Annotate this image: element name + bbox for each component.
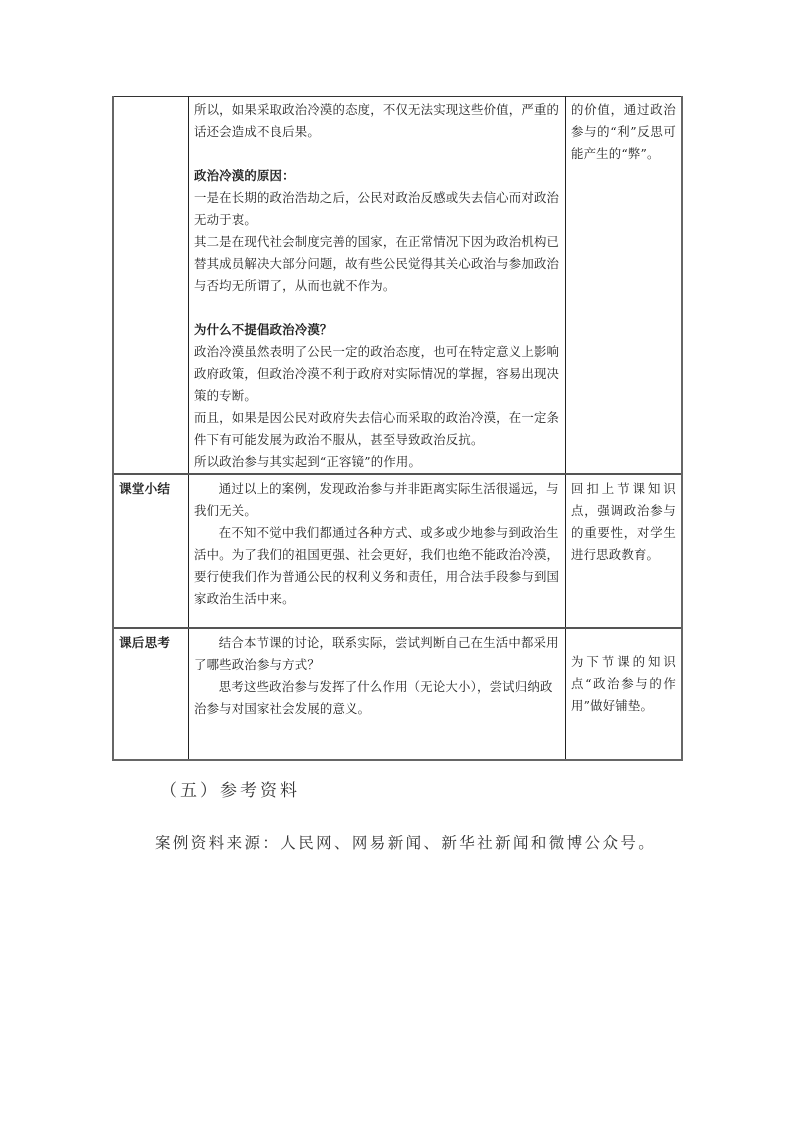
lesson-plan-table: 所以，如果采取政治冷漠的态度，不仅无法实现这些价值，严重的话还会造成不良后果。 … — [112, 96, 683, 761]
note-text: 为下节课的知识点“政治参与的作用”做好铺垫。 — [571, 651, 676, 717]
table-row-homework: 课后思考 结合本节课的讨论，联系实际，尝试判断自己在生活中都采用了哪些政治参与方… — [113, 628, 682, 760]
paragraph: 政治冷漠虽然表明了公民一定的政治态度，也可在特定意义上影响政府政策，但政治冷漠不… — [194, 341, 560, 407]
paragraph: 其二是在现代社会制度完善的国家，在正常情况下因为政治机构已替其成员解决大部分问题… — [194, 231, 560, 297]
row-label: 课后思考 — [113, 628, 189, 760]
note-text: 回扣上节课知识点，强调政治参与的重要性，对学生进行思政教育。 — [571, 478, 676, 566]
paragraph: 一是在长期的政治浩劫之后，公民对政治反感或失去信心而对政治无动于衷。 — [194, 187, 560, 231]
row-note: 为下节课的知识点“政治参与的作用”做好铺垫。 — [566, 628, 683, 760]
row-label: 课堂小结 — [113, 474, 189, 628]
spacer — [194, 297, 560, 319]
note-text: 的价值，通过政治参与的“利”反思可能产生的“弊”。 — [571, 99, 676, 165]
table-row-continuation: 所以，如果采取政治冷漠的态度，不仅无法实现这些价值，严重的话还会造成不良后果。 … — [113, 97, 682, 475]
sub-heading-why-not: 为什么不提倡政治冷漠？ — [194, 319, 560, 341]
spacer — [194, 143, 560, 165]
paragraph: 所以政治参与其实起到“正容镜”的作用。 — [194, 451, 560, 473]
source-text: 案例资料来源：人民网、网易新闻、新华社新闻和微博公众号。 — [155, 831, 656, 853]
row-content: 通过以上的案例，发现政治参与并非距离实际生活很遥远，与我们无关。 在不知不觉中我… — [189, 474, 566, 628]
sub-heading-causes: 政治冷漠的原因： — [194, 165, 560, 187]
paragraph: 在不知不觉中我们都通过各种方式、或多或少地参与到政治生活中。为了我们的祖国更强、… — [194, 522, 560, 610]
row-note: 回扣上节课知识点，强调政治参与的重要性，对学生进行思政教育。 — [566, 474, 683, 628]
row-content: 所以，如果采取政治冷漠的态度，不仅无法实现这些价值，严重的话还会造成不良后果。 … — [189, 97, 566, 475]
document-page: 所以，如果采取政治冷漠的态度，不仅无法实现这些价值，严重的话还会造成不良后果。 … — [0, 0, 794, 1123]
paragraph: 所以，如果采取政治冷漠的态度，不仅无法实现这些价值，严重的话还会造成不良后果。 — [194, 99, 560, 143]
paragraph: 而且，如果是因公民对政府失去信心而采取的政治冷漠，在一定条件下有可能发展为政治不… — [194, 407, 560, 451]
row-label — [113, 97, 189, 475]
row-content: 结合本节课的讨论，联系实际，尝试判断自己在生活中都采用了哪些政治参与方式？ 思考… — [189, 628, 566, 760]
section-heading: （五）参考资料 — [160, 776, 300, 801]
row-note: 的价值，通过政治参与的“利”反思可能产生的“弊”。 — [566, 97, 683, 475]
paragraph: 通过以上的案例，发现政治参与并非距离实际生活很遥远，与我们无关。 — [194, 478, 560, 522]
table-row-summary: 课堂小结 通过以上的案例，发现政治参与并非距离实际生活很遥远，与我们无关。 在不… — [113, 474, 682, 628]
paragraph: 思考这些政治参与发挥了什么作用（无论大小），尝试归纳政治参与对国家社会发展的意义… — [194, 676, 560, 720]
paragraph: 结合本节课的讨论，联系实际，尝试判断自己在生活中都采用了哪些政治参与方式？ — [194, 632, 560, 676]
